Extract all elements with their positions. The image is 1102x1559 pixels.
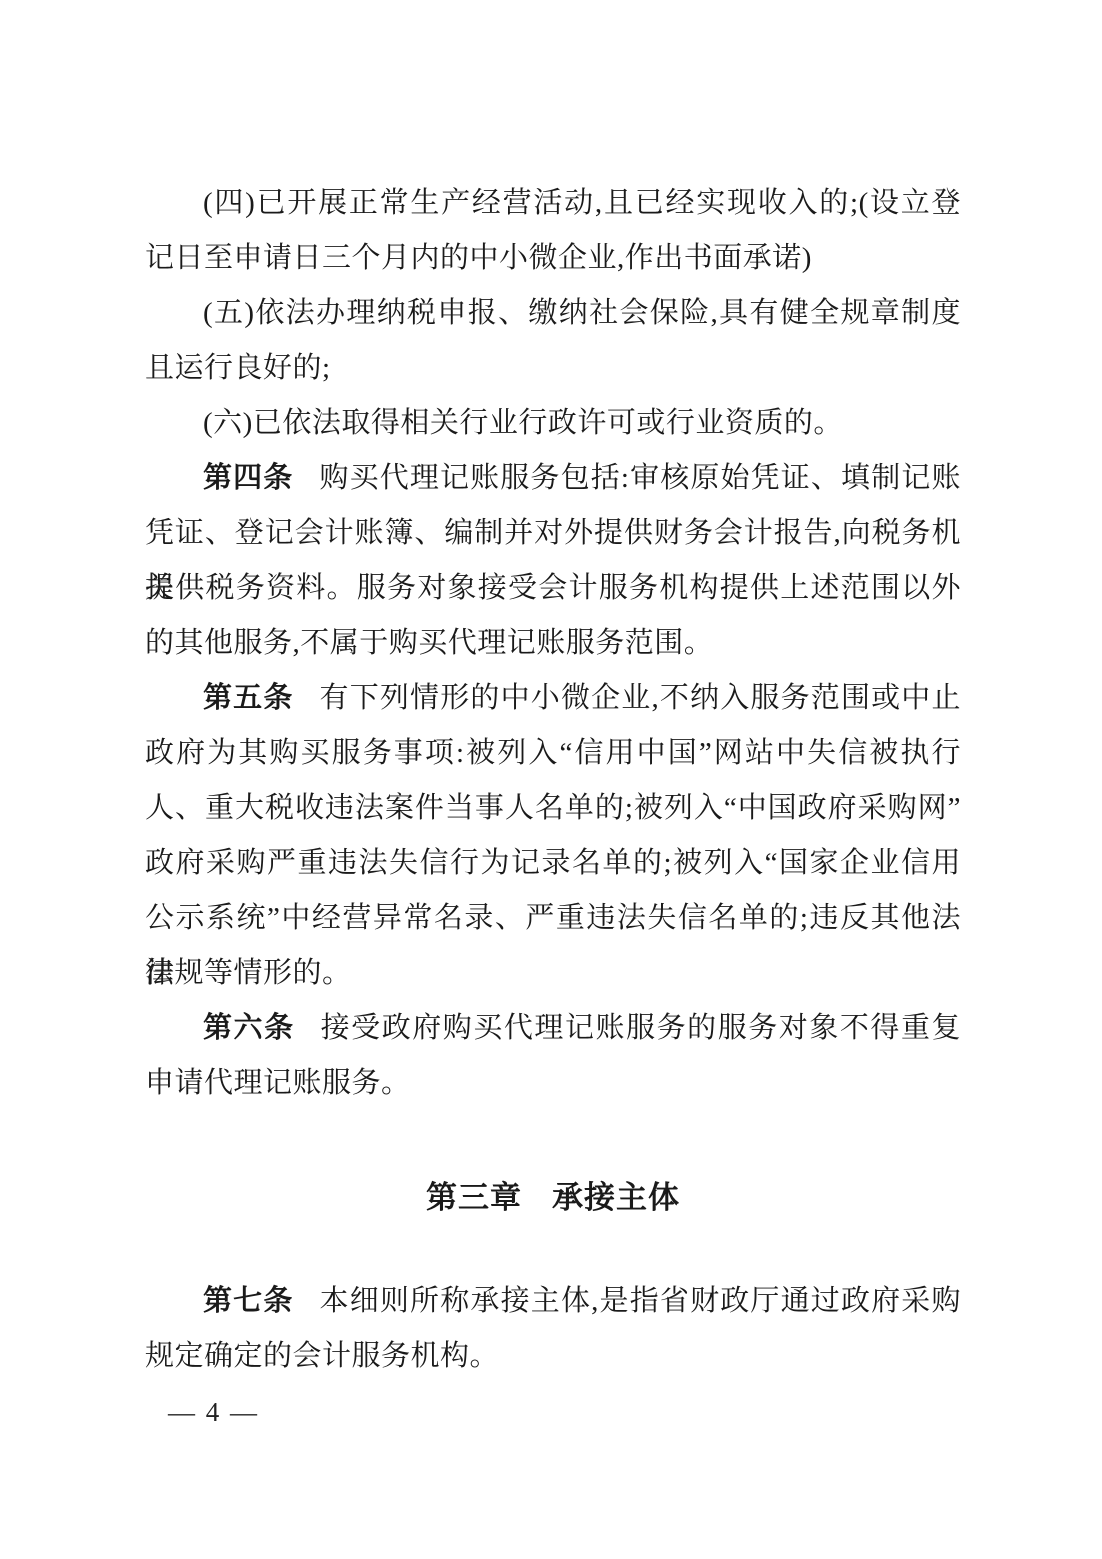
paragraph-line: 政府为其购买服务事项:被列入“信用中国”网站中失信被执行 — [145, 726, 961, 781]
line-text: (六)已依法取得相关行业行政许可或行业资质的。 — [203, 407, 843, 439]
paragraph-line: 第七条本细则所称承接主体,是指省财政厅通过政府采购 — [145, 1274, 961, 1329]
line-text: 本细则所称承接主体,是指省财政厅通过政府采购 — [320, 1285, 961, 1317]
line-text: 且运行良好的; — [145, 352, 331, 384]
article-number-lead: 第七条 — [203, 1285, 294, 1317]
line-text: (五)依法办理纳税申报、缴纳社会保险,具有健全规章制度 — [203, 297, 961, 329]
article-number-lead: 第五条 — [203, 682, 294, 714]
line-text: 购买代理记账服务包括:审核原始凭证、填制记账 — [319, 462, 961, 494]
line-text: 政府为其购买服务事项:被列入“信用中国”网站中失信被执行 — [145, 737, 961, 769]
line-text: 有下列情形的中小微企业,不纳入服务范围或中止 — [320, 682, 961, 714]
line-text: 提供税务资料。服务对象接受会计服务机构提供上述范围以外 — [145, 572, 961, 604]
chapter-heading: 第三章承接主体 — [145, 1170, 961, 1225]
paragraph-line: 第六条接受政府购买代理记账服务的服务对象不得重复 — [145, 1001, 961, 1056]
chapter-number: 第三章 — [426, 1180, 522, 1215]
line-text: 接受政府购买代理记账服务的服务对象不得重复 — [321, 1012, 961, 1044]
document-body: (四)已开展正常生产经营活动,且已经实现收入的;(设立登 记日至申请日三个月内的… — [145, 176, 961, 1384]
article-number-lead: 第四条 — [203, 462, 293, 494]
paragraph-line: 人、重大税收违法案件当事人名单的;被列入“中国政府采购网” — [145, 781, 961, 836]
line-text: 申请代理记账服务。 — [145, 1067, 411, 1099]
paragraph-line: 第五条有下列情形的中小微企业,不纳入服务范围或中止 — [145, 671, 961, 726]
paragraph-line: 政府采购严重违法失信行为记录名单的;被列入“国家企业信用 — [145, 836, 961, 891]
chapter-title: 承接主体 — [552, 1180, 680, 1215]
line-text: 政府采购严重违法失信行为记录名单的;被列入“国家企业信用 — [145, 847, 961, 879]
line-text: 的其他服务,不属于购买代理记账服务范围。 — [145, 627, 713, 659]
article-number-lead: 第六条 — [203, 1012, 295, 1044]
document-page: (四)已开展正常生产经营活动,且已经实现收入的;(设立登 记日至申请日三个月内的… — [0, 0, 1102, 1559]
paragraph-line: 提供税务资料。服务对象接受会计服务机构提供上述范围以外 — [145, 561, 961, 616]
paragraph-line: 法规等情形的。 — [145, 946, 961, 1001]
paragraph-line: (五)依法办理纳税申报、缴纳社会保险,具有健全规章制度 — [145, 286, 961, 341]
page-number-footer: — 4 — — [168, 1396, 259, 1428]
paragraph-line: 的其他服务,不属于购买代理记账服务范围。 — [145, 616, 961, 671]
paragraph-line: 且运行良好的; — [145, 341, 961, 396]
line-text: 人、重大税收违法案件当事人名单的;被列入“中国政府采购网” — [145, 792, 961, 824]
paragraph-line: 规定确定的会计服务机构。 — [145, 1329, 961, 1384]
line-text: 规定确定的会计服务机构。 — [145, 1340, 499, 1372]
paragraph-line: 第四条购买代理记账服务包括:审核原始凭证、填制记账 — [145, 451, 961, 506]
paragraph-line: 凭证、登记会计账簿、编制并对外提供财务会计报告,向税务机关 — [145, 506, 961, 561]
paragraph-line: 公示系统”中经营异常名录、严重违法失信名单的;违反其他法律 — [145, 891, 961, 946]
page-number-label: — 4 — — [168, 1397, 259, 1427]
paragraph-line: 记日至申请日三个月内的中小微企业,作出书面承诺) — [145, 231, 961, 286]
paragraph-line: 申请代理记账服务。 — [145, 1056, 961, 1111]
line-text: 法规等情形的。 — [145, 957, 352, 989]
paragraph-line: (六)已依法取得相关行业行政许可或行业资质的。 — [145, 396, 961, 451]
paragraph-line: (四)已开展正常生产经营活动,且已经实现收入的;(设立登 — [145, 176, 961, 231]
line-text: (四)已开展正常生产经营活动,且已经实现收入的;(设立登 — [203, 187, 961, 219]
line-text: 记日至申请日三个月内的中小微企业,作出书面承诺) — [145, 242, 812, 274]
